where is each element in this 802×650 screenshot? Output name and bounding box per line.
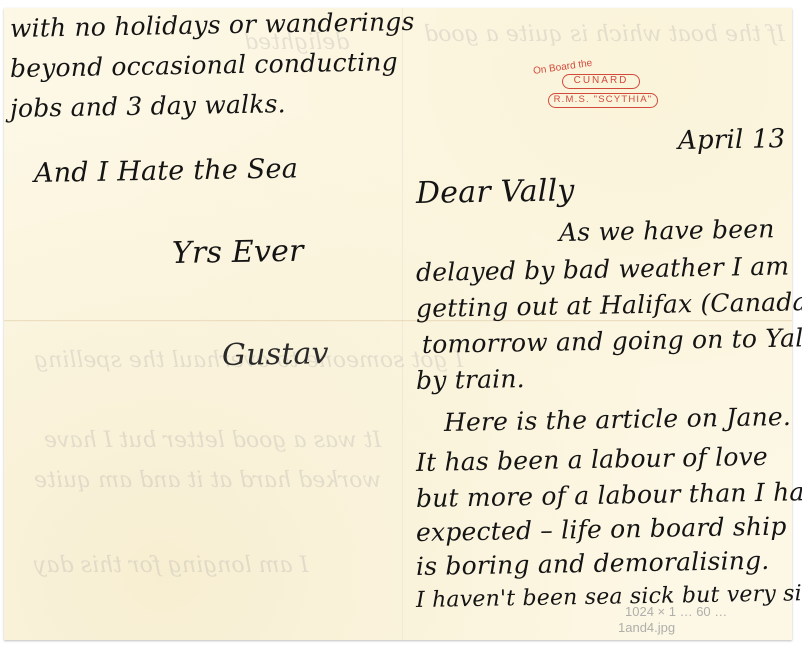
horizontal-fold-line: [4, 320, 792, 322]
body-line-5: by train.: [416, 364, 525, 395]
valediction: Yrs Ever: [172, 234, 304, 271]
cunard-letterhead: On Board the CUNARD R.M.S. "SCYTHIA": [532, 66, 672, 116]
body-line-4: tomorrow and going on to Yale: [422, 323, 802, 359]
letterhead-ship-name: R.M.S. "SCYTHIA": [548, 93, 658, 108]
left-line-2-text: beyond occasional conducting: [10, 47, 398, 83]
bleed-through-text: I am longing for this day: [34, 553, 308, 578]
closing-line: And I Hate the Sea: [34, 153, 299, 189]
left-line-2: beyond occasional conducting: [10, 47, 398, 83]
watermark-filename: 1and4.jpg: [618, 620, 675, 635]
salutation: Dear Vally: [416, 173, 575, 211]
left-line-3: jobs and 3 day walks.: [10, 89, 286, 123]
body-line-9: expected – life on board ship: [416, 512, 787, 547]
signature: Gustav: [222, 336, 329, 373]
letter-paper: If the boat which is quite a good deligh…: [4, 8, 792, 640]
watermark-dimensions: 1024 × 1 … 60 …: [625, 604, 727, 619]
body-line-2: delayed by bad weather I am: [416, 251, 790, 287]
body-line-11: I haven't been sea sick but very sick: [416, 581, 802, 613]
left-line-1: with no holidays or wanderings: [10, 7, 415, 43]
body-line-8: but more of a labour than I had: [416, 477, 802, 513]
bleed-through-text: It was a good letter but I have: [44, 428, 381, 453]
body-line-7: It has been a labour of love: [416, 442, 768, 477]
date: April 13: [678, 124, 786, 156]
letterhead-cunard: CUNARD: [562, 74, 640, 89]
body-line-6: Here is the article on Jane.: [444, 402, 792, 437]
vertical-fold-line: [402, 8, 404, 640]
body-line-3: getting out at Halifax (Canada): [416, 287, 802, 323]
body-line-10: is boring and demoralising.: [416, 546, 770, 581]
bleed-through-text: If the boat which is quite a good: [424, 22, 785, 47]
body-line-1: As we have been: [559, 214, 775, 247]
bleed-through-text: worked hard at it and am quite: [34, 468, 381, 493]
